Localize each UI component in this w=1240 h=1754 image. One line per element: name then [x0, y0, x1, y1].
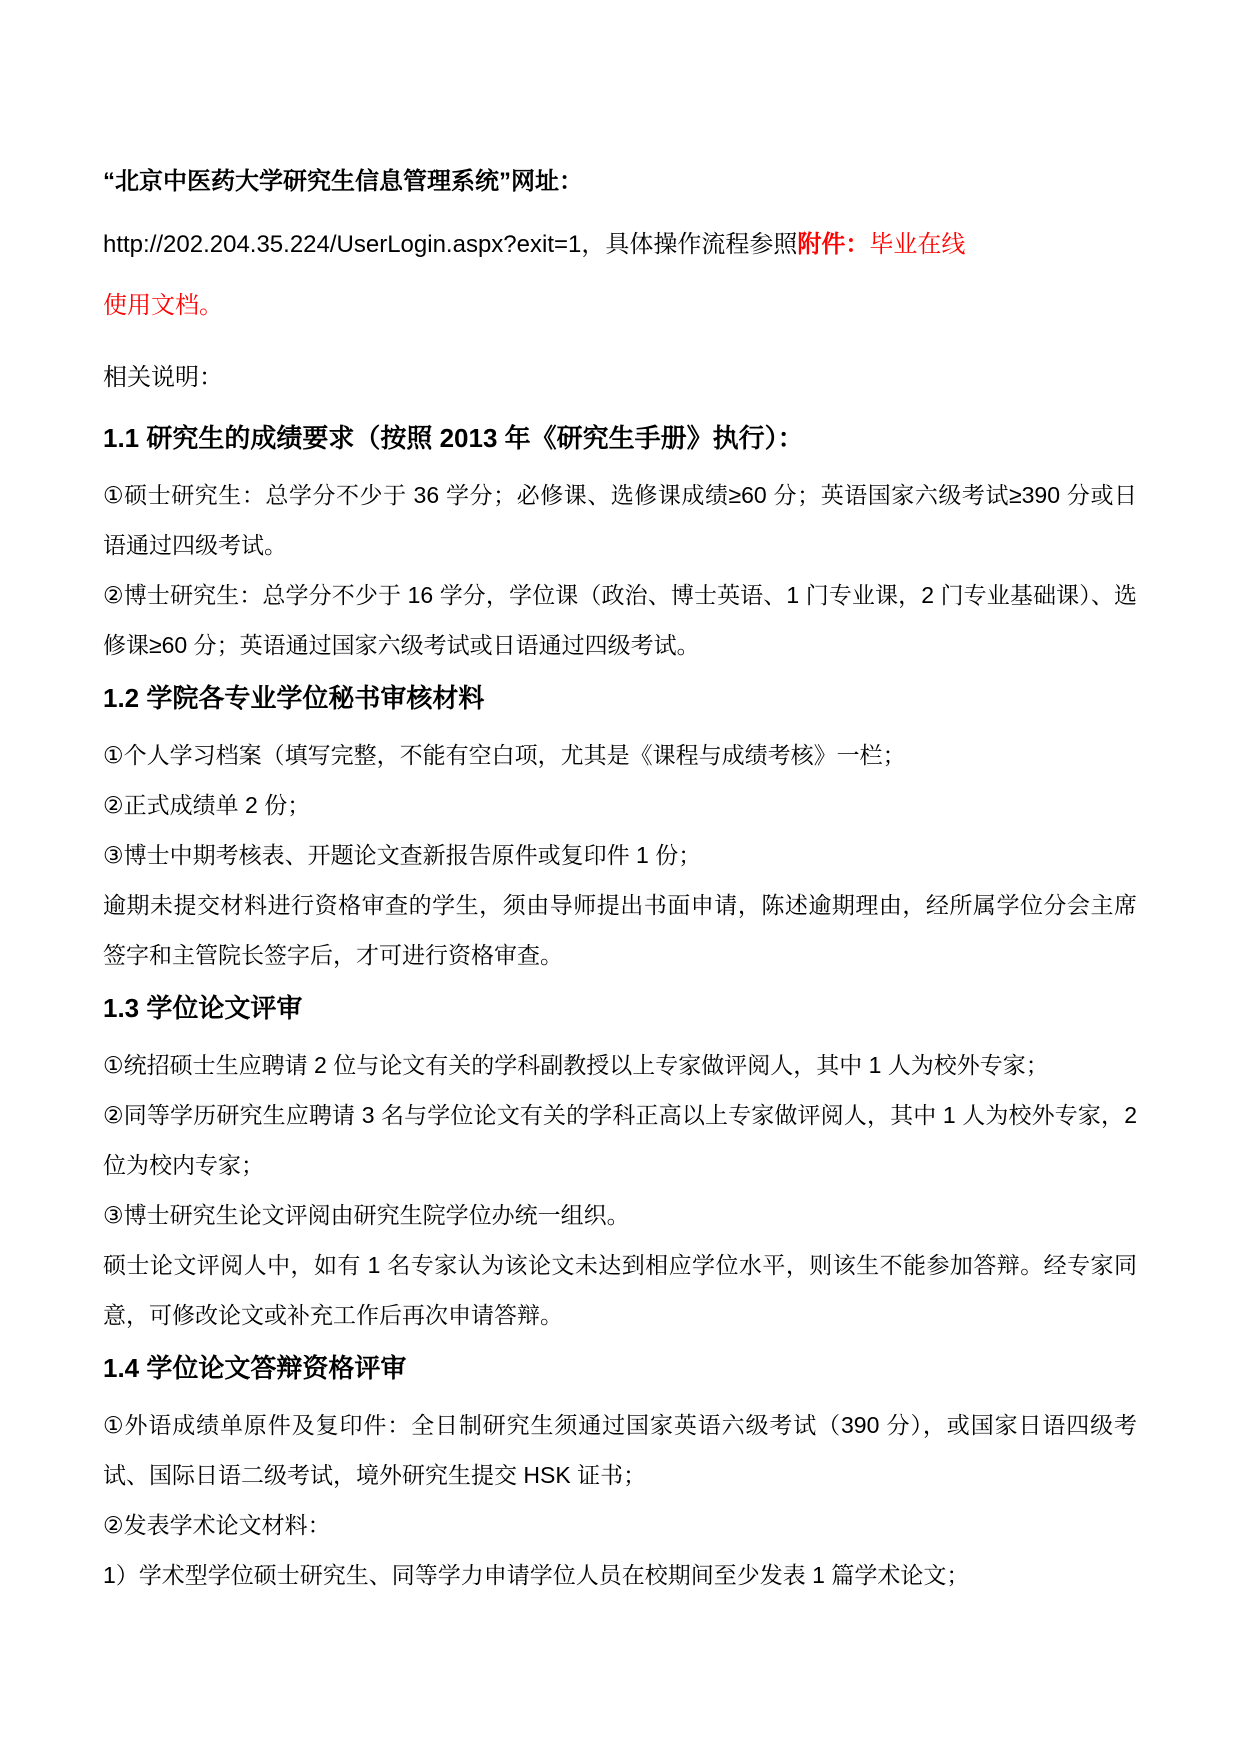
text-run: “北京中医药大学研究生信息管理系统”网址：: [103, 168, 583, 195]
intro-paragraph: http://202.204.35.224/UserLogin.aspx?exi…: [103, 214, 1137, 336]
red-emphasis-text: 附件：: [797, 231, 869, 258]
body-paragraph: ③博士研究生论文评阅由研究生院学位办统一组织。: [103, 1190, 1137, 1240]
body-paragraph: ①外语成绩单原件及复印件：全日制研究生须通过国家英语六级考试（390 分），或国…: [103, 1400, 1137, 1500]
body-paragraph: 逾期未提交材料进行资格审查的学生，须由导师提出书面申请，陈述逾期理由，经所属学位…: [103, 880, 1137, 980]
red-emphasis-text: 毕业在线: [869, 231, 965, 258]
body-paragraph: ②发表学术论文材料：: [103, 1500, 1137, 1550]
text-run: ②正式成绩单 2 份；: [103, 792, 310, 818]
body-paragraph: 硕士论文评阅人中，如有 1 名专家认为该论文未达到相应学位水平，则该生不能参加答…: [103, 1240, 1137, 1340]
text-run: 1.4 学位论文答辩资格评审: [103, 1353, 406, 1383]
document-body: “北京中医药大学研究生信息管理系统”网址：http://202.204.35.2…: [103, 150, 1137, 1600]
body-paragraph: ③博士中期考核表、开题论文查新报告原件或复印件 1 份；: [103, 830, 1137, 880]
section-heading-1-4: 1.4 学位论文答辩资格评审: [103, 1342, 1137, 1394]
section-heading-1-2: 1.2 学院各专业学位秘书审核材料: [103, 672, 1137, 724]
body-paragraph: ①硕士研究生：总学分不少于 36 学分；必修课、选修课成绩≥60 分；英语国家六…: [103, 470, 1137, 570]
text-run: 1.2 学院各专业学位秘书审核材料: [103, 683, 484, 713]
text-run: ②发表学术论文材料：: [103, 1512, 331, 1538]
text-run: 1）学术型学位硕士研究生、同等学力申请学位人员在校期间至少发表 1 篇学术论文；: [103, 1562, 969, 1588]
section-heading-1-1: 1.1 研究生的成绩要求（按照 2013 年《研究生手册》执行）：: [103, 412, 1137, 464]
text-run: 硕士论文评阅人中，如有 1 名专家认为该论文未达到相应学位水平，则该生不能参加答…: [103, 1252, 1137, 1328]
body-paragraph: ①个人学习档案（填写完整，不能有空白项，尤其是《课程与成绩考核》一栏；: [103, 730, 1137, 780]
text-run: 逾期未提交材料进行资格审查的学生，须由导师提出书面申请，陈述逾期理由，经所属学位…: [103, 892, 1137, 968]
text-run: 相关说明：: [103, 364, 223, 391]
note-paragraph: 相关说明：: [103, 346, 1137, 410]
text-run: ③博士中期考核表、开题论文查新报告原件或复印件 1 份；: [103, 842, 701, 868]
body-paragraph: 1）学术型学位硕士研究生、同等学力申请学位人员在校期间至少发表 1 篇学术论文；: [103, 1550, 1137, 1600]
document-title: “北京中医药大学研究生信息管理系统”网址：: [103, 150, 1137, 214]
text-run: 1.3 学位论文评审: [103, 993, 302, 1023]
body-paragraph: ②博士研究生：总学分不少于 16 学分，学位课（政治、博士英语、1 门专业课，2…: [103, 570, 1137, 670]
text-run: ①硕士研究生：总学分不少于 36 学分；必修课、选修课成绩≥60 分；英语国家六…: [103, 482, 1137, 558]
text-run: ②同等学历研究生应聘请 3 名与学位论文有关的学科正高以上专家做评阅人，其中 1…: [103, 1102, 1143, 1178]
section-heading-1-3: 1.3 学位论文评审: [103, 982, 1137, 1034]
body-paragraph: ②同等学历研究生应聘请 3 名与学位论文有关的学科正高以上专家做评阅人，其中 1…: [103, 1090, 1137, 1190]
red-emphasis-text: 使用文档。: [103, 292, 223, 319]
text-run: ②博士研究生：总学分不少于 16 学分，学位课（政治、博士英语、1 门专业课，2…: [103, 582, 1137, 658]
text-run: http://202.204.35.224/UserLogin.aspx?exi…: [103, 231, 797, 258]
body-paragraph: ②正式成绩单 2 份；: [103, 780, 1137, 830]
text-run: 1.1 研究生的成绩要求（按照 2013 年《研究生手册》执行）：: [103, 423, 804, 453]
text-run: ①外语成绩单原件及复印件：全日制研究生须通过国家英语六级考试（390 分），或国…: [103, 1412, 1137, 1488]
document-page: “北京中医药大学研究生信息管理系统”网址：http://202.204.35.2…: [0, 0, 1240, 1754]
text-run: ③博士研究生论文评阅由研究生院学位办统一组织。: [103, 1202, 630, 1228]
text-run: ①统招硕士生应聘请 2 位与论文有关的学科副教授以上专家做评阅人，其中 1 人为…: [103, 1052, 1049, 1078]
text-run: ①个人学习档案（填写完整，不能有空白项，尤其是《课程与成绩考核》一栏；: [103, 742, 906, 768]
body-paragraph: ①统招硕士生应聘请 2 位与论文有关的学科副教授以上专家做评阅人，其中 1 人为…: [103, 1040, 1137, 1090]
